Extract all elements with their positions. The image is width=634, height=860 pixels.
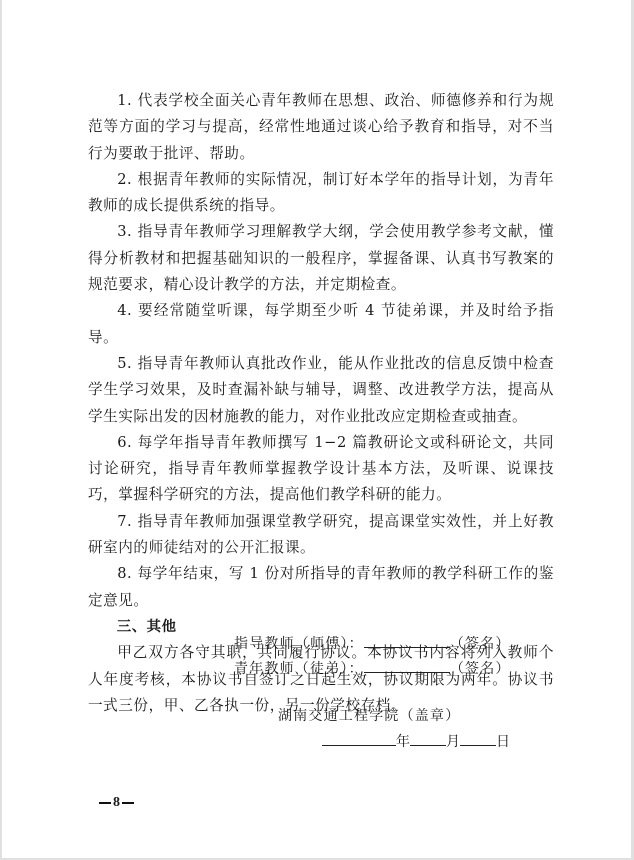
page-number: 8: [97, 795, 136, 811]
mentee-signature-line: 青年教师（徒弟）：（签名）: [234, 658, 511, 678]
mentor-signature-line: 指导教师（师傅）：（签名）: [234, 633, 511, 653]
mentor-label: 指导教师（师傅）：: [234, 636, 364, 652]
paragraph-item-6: 6. 每学年指导青年教师撰写 1−2 篇教研论文或科研论文，共同讨论研究，指导青…: [88, 430, 554, 509]
mentee-label: 青年教师（徒弟）：: [234, 661, 364, 677]
mentee-signature-blank: [364, 658, 450, 673]
dash-right: [122, 802, 134, 804]
day-blank: [460, 731, 496, 746]
paragraph-item-3: 3. 指导青年教师学习理解教学大纲，学会使用教学参考文献，懂得分析教材和把握基础…: [88, 219, 554, 298]
paragraph-item-1: 1. 代表学校全面关心青年教师在思想、政治、师德修养和行为规范等方面的学习与提高…: [88, 88, 554, 167]
month-blank: [410, 731, 446, 746]
paragraph-item-2: 2. 根据青年教师的实际情况，制订好本学年的指导计划，为青年教师的成长提供系统的…: [88, 167, 554, 220]
document-page: 1. 代表学校全面关心青年教师在思想、政治、师德修养和行为规范等方面的学习与提高…: [2, 0, 631, 858]
paragraph-item-4: 4. 要经常随堂听课，每学期至少听 4 节徒弟课，并及时给予指导。: [88, 298, 554, 351]
year-blank: [322, 731, 396, 746]
institution-seal: 湖南交通工程学院（盖章）: [278, 705, 460, 725]
document-body: 1. 代表学校全面关心青年教师在思想、政治、师德修养和行为规范等方面的学习与提高…: [88, 88, 554, 719]
date-line: 年月日: [322, 731, 510, 751]
dash-left: [99, 802, 111, 804]
paragraph-item-5: 5. 指导青年教师认真批改作业，能从作业批改的信息反馈中检查学生学习效果，及时查…: [88, 351, 554, 430]
page-number-value: 8: [113, 795, 120, 810]
day-label: 日: [496, 734, 510, 750]
mentor-signature-blank: [364, 633, 450, 648]
mentee-sign-note: （签名）: [450, 661, 511, 677]
month-label: 月: [446, 734, 460, 750]
mentor-sign-note: （签名）: [450, 636, 511, 652]
paragraph-item-8: 8. 每学年结束，写 1 份对所指导的青年教师的教学科研工作的鉴定意见。: [88, 561, 554, 614]
year-label: 年: [396, 734, 410, 750]
paragraph-item-7: 7. 指导青年教师加强课堂教学研究，提高课堂实效性，并上好教研室内的师徒结对的公…: [88, 509, 554, 562]
